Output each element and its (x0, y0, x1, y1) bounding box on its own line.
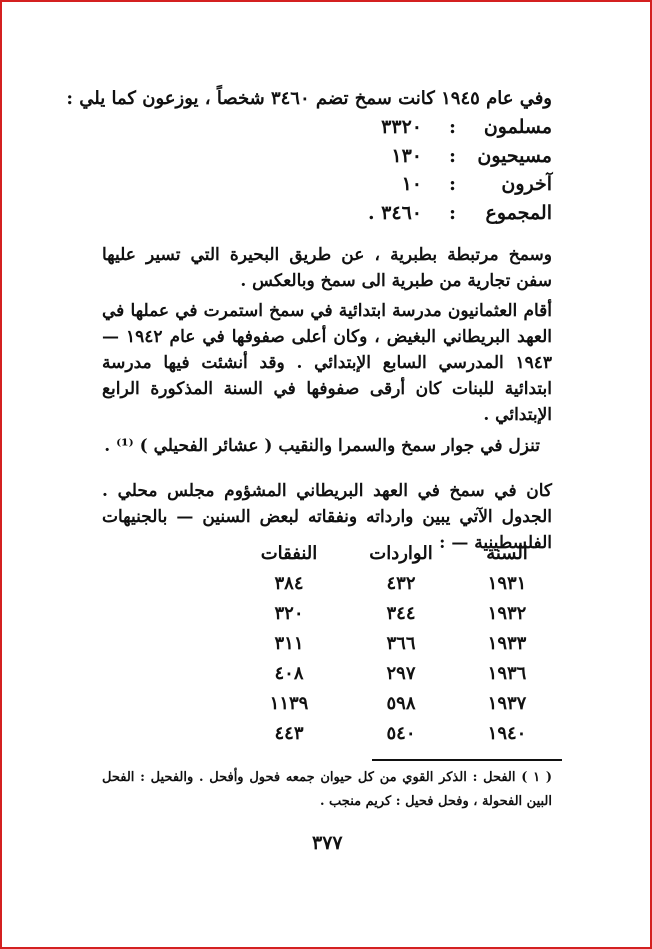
cell-expenses: ١١٣٩ (244, 693, 334, 714)
table-row: ١٩٣٧ ٥٩٨ ١١٣٩ (242, 693, 552, 723)
cell-year: ١٩٣٦ (462, 663, 552, 684)
cell-revenue: ٥٩٨ (356, 693, 446, 714)
population-value: ٣٣٢٠ (381, 116, 422, 138)
cell-revenue: ٣٦٦ (356, 633, 446, 654)
paragraph-transport: وسمخ مرتبطة بطبرية ، عن طريق البحيرة الت… (102, 242, 552, 294)
table-row: ١٩٣٢ ٣٤٤ ٣٢٠ (242, 603, 552, 633)
header-expenses: النفقات (244, 543, 334, 564)
population-label: مسيحيون (477, 145, 552, 167)
cell-expenses: ٣٨٤ (244, 573, 334, 594)
population-colon: : (449, 116, 456, 138)
cell-expenses: ٤٠٨ (244, 663, 334, 684)
cell-expenses: ٣٢٠ (244, 603, 334, 624)
book-page: وفي عام ١٩٤٥ كانت سمخ تضم ٣٤٦٠ شخصاً ، ي… (0, 0, 652, 949)
cell-revenue: ٣٤٤ (356, 603, 446, 624)
population-colon: : (449, 173, 456, 195)
cell-year: ١٩٣٣ (462, 633, 552, 654)
cell-revenue: ٢٩٧ (356, 663, 446, 684)
table-header-row: السنة الواردات النفقات (242, 543, 552, 573)
population-value: ٣٤٦٠ . (368, 202, 422, 224)
population-label: المجموع (486, 202, 552, 224)
cell-year: ١٩٣١ (462, 573, 552, 594)
population-row-total: المجموع : ٣٤٦٠ . (352, 202, 552, 228)
header-revenue: الواردات (356, 543, 446, 564)
population-row-muslims: مسلمون : ٣٣٢٠ (352, 116, 552, 142)
page-number: ٣٧٧ (312, 832, 343, 854)
table-row: ١٩٣١ ٤٣٢ ٣٨٤ (242, 573, 552, 603)
population-label: مسلمون (484, 116, 552, 138)
population-value: ١٠ (402, 173, 422, 195)
cell-year: ١٩٣٢ (462, 603, 552, 624)
cell-year: ١٩٣٧ (462, 693, 552, 714)
footnote: ( ١ ) الفحل : الذكر القوي من كل حيوان جم… (102, 766, 552, 814)
cell-revenue: ٤٣٢ (356, 573, 446, 594)
paragraph-population-intro: وفي عام ١٩٤٥ كانت سمخ تضم ٣٤٦٠ شخصاً ، ي… (66, 87, 552, 111)
population-colon: : (449, 202, 456, 224)
population-value: ١٣٠ (391, 145, 422, 167)
header-year: السنة (462, 543, 552, 564)
table-row: ١٩٤٠ ٥٤٠ ٤٤٣ (242, 723, 552, 753)
cell-year: ١٩٤٠ (462, 723, 552, 744)
cell-expenses: ٤٤٣ (244, 723, 334, 744)
table-row: ١٩٣٣ ٣٦٦ ٣١١ (242, 633, 552, 663)
table-row: ١٩٣٦ ٢٩٧ ٤٠٨ (242, 663, 552, 693)
footnote-separator (372, 759, 562, 761)
paragraph-tribes: تنزل في جوار سمخ والسمرا والنقيب ( عشائر… (90, 433, 540, 459)
population-row-others: آخرون : ١٠ (352, 173, 552, 199)
population-row-christians: مسيحيون : ١٣٠ (352, 145, 552, 171)
cell-revenue: ٥٤٠ (356, 723, 446, 744)
population-label: آخرون (501, 173, 552, 195)
population-colon: : (449, 145, 456, 167)
cell-expenses: ٣١١ (244, 633, 334, 654)
paragraph-schools: أقام العثمانيون مدرسة ابتدائية في سمخ اس… (102, 298, 552, 428)
council-finance-table: السنة الواردات النفقات ١٩٣١ ٤٣٢ ٣٨٤ ١٩٣٢… (242, 543, 552, 753)
